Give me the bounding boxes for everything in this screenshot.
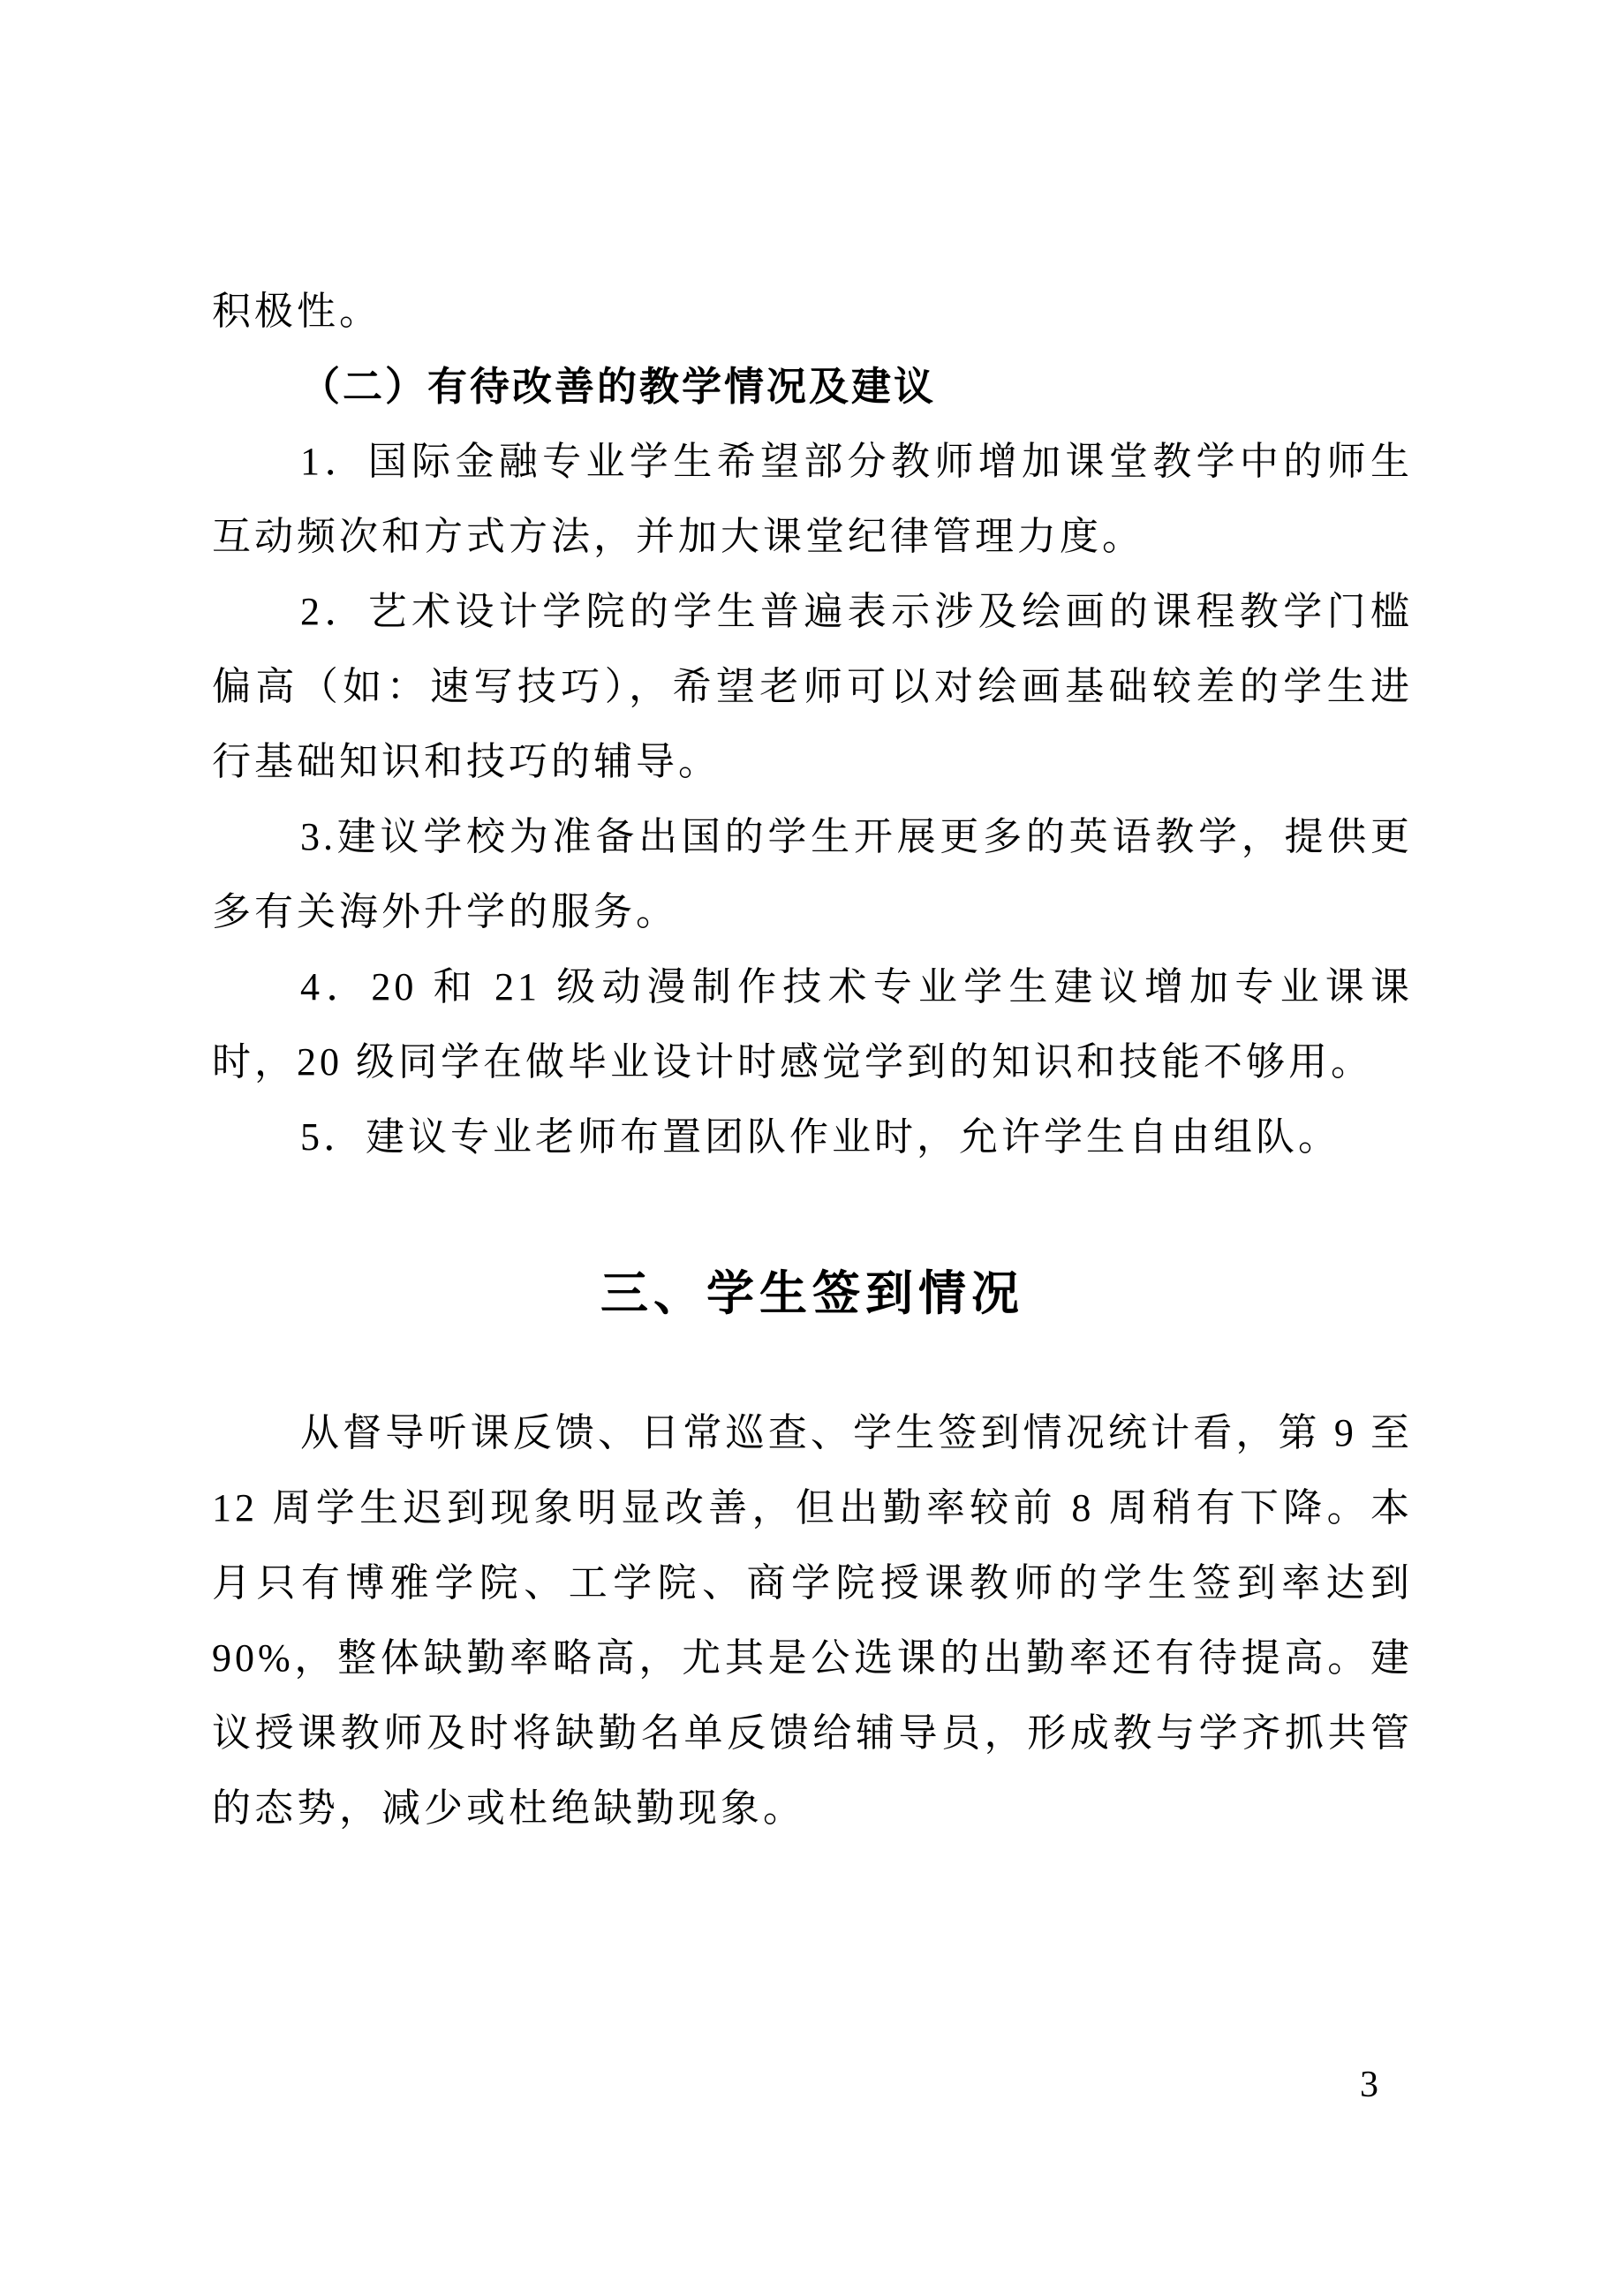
section-2-heading: （二）有待改善的教学情况及建议 — [212, 349, 1413, 424]
list-item-4: 4．20 和 21 级动漫制作技术专业学生建议增加专业课课时，20 级同学在做毕… — [212, 949, 1413, 1099]
paragraph-continuation: 积极性。 — [212, 274, 1413, 349]
list-item-3: 3.建议学校为准备出国的学生开展更多的英语教学，提供更多有关海外升学的服务。 — [212, 799, 1413, 949]
page-content: 积极性。 （二）有待改善的教学情况及建议 1．国际金融专业学生希望部分教师增加课… — [212, 274, 1413, 1846]
section-3-paragraph: 从督导听课反馈、日常巡查、学生签到情况统计看，第 9 至 12 周学生迟到现象明… — [212, 1395, 1413, 1846]
list-item-1: 1．国际金融专业学生希望部分教师增加课堂教学中的师生互动频次和方式方法，并加大课… — [212, 424, 1413, 574]
page-number: 3 — [1360, 2063, 1378, 2107]
section-3-heading: 三、学生签到情况 — [212, 1254, 1413, 1333]
list-item-2: 2．艺术设计学院的学生普遍表示涉及绘画的课程教学门槛偏高（如：速写技巧），希望老… — [212, 574, 1413, 799]
document-page: 积极性。 （二）有待改善的教学情况及建议 1．国际金融专业学生希望部分教师增加课… — [0, 0, 1623, 2296]
list-item-5: 5．建议专业老师布置团队作业时，允许学生自由组队。 — [212, 1099, 1413, 1174]
